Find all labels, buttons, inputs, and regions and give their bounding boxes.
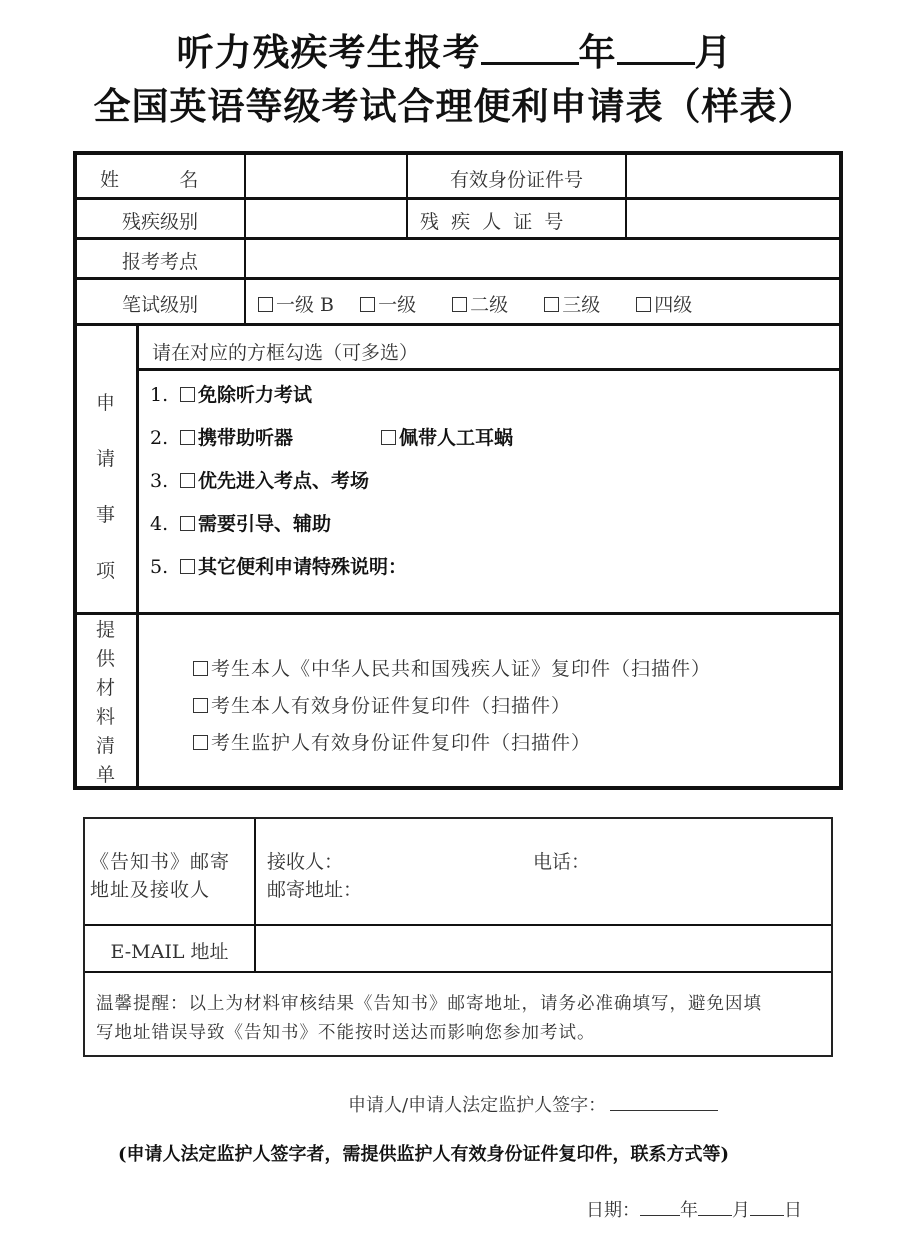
disability-level-label: 残疾级别 xyxy=(76,207,244,234)
address-label: 邮寄地址： xyxy=(267,879,362,901)
option-priority-entry[interactable]: 优先进入考点、考场 xyxy=(180,470,369,492)
checkbox-icon[interactable] xyxy=(193,735,208,750)
checkbox-icon[interactable] xyxy=(258,297,273,312)
title-prefix: 听力残疾考生报考 xyxy=(177,30,481,74)
materials-list: 考生本人《中华人民共和国残疾人证》复印件（扫描件） 考生本人有效身份证件复印件（… xyxy=(193,651,711,762)
exam-site-field[interactable] xyxy=(247,240,838,277)
email-label: E-MAIL 地址 xyxy=(85,937,254,964)
title-month: 月 xyxy=(695,30,733,74)
disability-cert-label: 残 疾 人 证 号 xyxy=(420,207,563,234)
date-year-field[interactable] xyxy=(640,1197,680,1216)
date-line: 日期：年月日 xyxy=(586,1196,802,1222)
option-other[interactable]: 其它便利申请特殊说明： xyxy=(180,556,407,578)
phone-label: 电话： xyxy=(533,851,590,873)
application-items: 1.免除听力考试 2.携带助听器佩带人工耳蜗 3.优先进入考点、考场 4.需要引… xyxy=(150,380,513,595)
id-number-label: 有效身份证件号 xyxy=(408,165,625,192)
id-number-field[interactable] xyxy=(628,157,838,197)
level-option[interactable]: 三级 xyxy=(544,294,600,316)
month-blank[interactable] xyxy=(617,32,695,65)
disability-cert-field[interactable] xyxy=(628,200,838,237)
checkbox-icon[interactable] xyxy=(544,297,559,312)
option-hearing-aid[interactable]: 携带助听器 xyxy=(180,427,293,449)
material-item[interactable]: 考生本人有效身份证件复印件（扫描件） xyxy=(193,688,711,725)
option-exempt-listening[interactable]: 免除听力考试 xyxy=(180,384,312,406)
application-item: 4.需要引导、辅助 xyxy=(150,509,513,552)
signature-label: 申请人/申请人法定监护人签字： xyxy=(348,1095,606,1116)
application-instruction: 请在对应的方框勾选（可多选） xyxy=(152,338,418,365)
written-level-label: 笔试级别 xyxy=(76,290,244,317)
checkbox-icon[interactable] xyxy=(360,297,375,312)
year-blank[interactable] xyxy=(481,32,579,65)
option-cochlear-implant[interactable]: 佩带人工耳蜗 xyxy=(381,427,513,449)
checkbox-icon[interactable] xyxy=(381,430,396,445)
title-line-2: 全国英语等级考试合理便利申请表（样表） xyxy=(0,76,909,130)
name-field[interactable] xyxy=(247,157,405,197)
checkbox-icon[interactable] xyxy=(452,297,467,312)
date-month-field[interactable] xyxy=(698,1197,732,1216)
exam-site-label: 报考考点 xyxy=(76,247,244,274)
application-item: 1.免除听力考试 xyxy=(150,380,513,423)
checkbox-icon[interactable] xyxy=(636,297,651,312)
checkbox-icon[interactable] xyxy=(180,430,195,445)
date-label: 日期： xyxy=(586,1200,640,1221)
name-label: 姓 名 xyxy=(100,165,220,192)
option-guidance[interactable]: 需要引导、辅助 xyxy=(180,513,331,535)
materials-section-label: 提 供 材 料 清 单 xyxy=(96,616,116,790)
guardian-note: (申请人法定监护人签字者，需提供监护人有效身份证件复印件，联系方式等) xyxy=(118,1140,729,1166)
application-item: 5.其它便利申请特殊说明： xyxy=(150,552,513,595)
application-section-label: 申 请 事 项 xyxy=(96,375,116,599)
checkbox-icon[interactable] xyxy=(180,559,195,574)
title-line-1: 听力残疾考生报考年月 xyxy=(0,22,909,76)
signature-line: 申请人/申请人法定监护人签字： xyxy=(348,1091,718,1117)
mailing-label: 《告知书》邮寄 地址及接收人 xyxy=(90,848,230,904)
level-option[interactable]: 一级 xyxy=(360,294,416,316)
level-option[interactable]: 一级 B xyxy=(258,294,334,316)
checkbox-icon[interactable] xyxy=(180,387,195,402)
material-item[interactable]: 考生监护人有效身份证件复印件（扫描件） xyxy=(193,725,711,762)
level-option[interactable]: 二级 xyxy=(452,294,508,316)
checkbox-icon[interactable] xyxy=(193,661,208,676)
signature-field[interactable] xyxy=(610,1092,718,1111)
checkbox-icon[interactable] xyxy=(193,698,208,713)
material-item[interactable]: 考生本人《中华人民共和国残疾人证》复印件（扫描件） xyxy=(193,651,711,688)
disability-level-field[interactable] xyxy=(247,200,405,237)
reminder-text: 温馨提醒：以上为材料审核结果《告知书》邮寄地址，请务必准确填写，避免因填 写地址… xyxy=(96,990,762,1048)
checkbox-icon[interactable] xyxy=(180,516,195,531)
checkbox-icon[interactable] xyxy=(180,473,195,488)
written-level-options: 一级 B 一级 二级 三级 四级 xyxy=(258,290,692,317)
title-year: 年 xyxy=(579,30,617,74)
recipient-label: 接收人： xyxy=(267,851,343,873)
recipient-fields: 接收人：电话： 邮寄地址： xyxy=(267,848,590,904)
date-day-field[interactable] xyxy=(750,1197,784,1216)
application-item: 3.优先进入考点、考场 xyxy=(150,466,513,509)
email-field[interactable] xyxy=(257,927,831,970)
level-option[interactable]: 四级 xyxy=(636,294,692,316)
application-item: 2.携带助听器佩带人工耳蜗 xyxy=(150,423,513,466)
